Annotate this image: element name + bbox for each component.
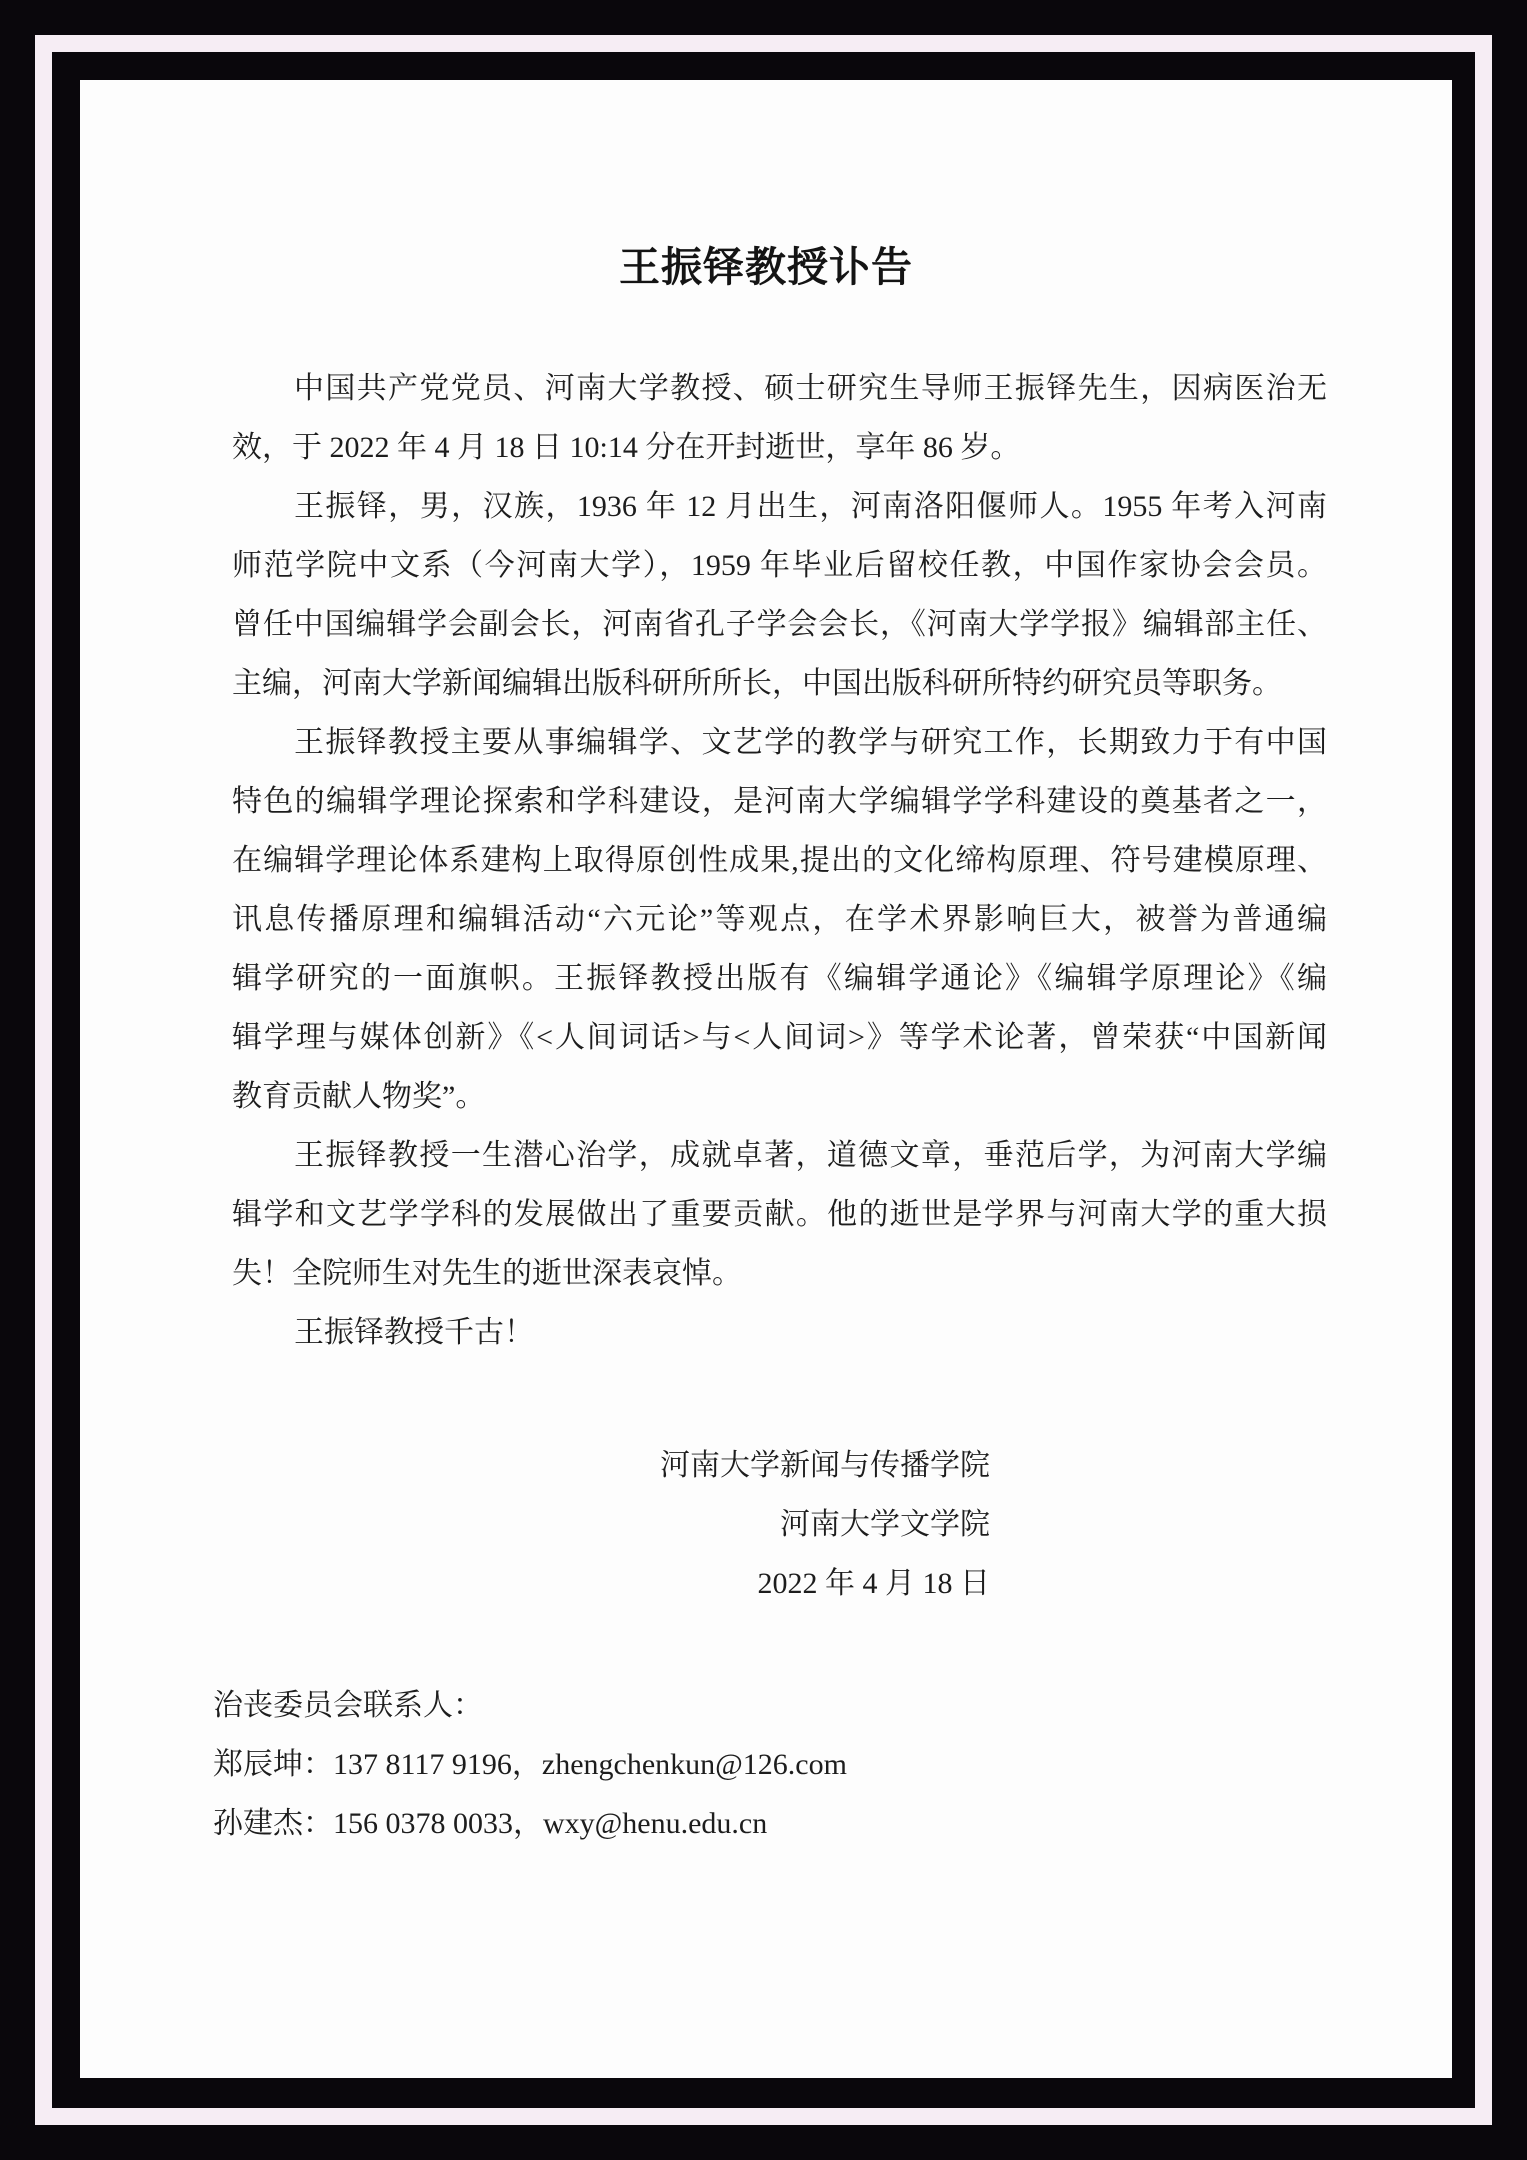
body-line: 王振铎教授一生潜心治学，成就卓著，道德文章，垂范后学，为河南大学编: [232, 1126, 1327, 1185]
body-line: 中国共产党党员、河南大学教授、硕士研究生导师王振铎先生，因病医治无: [232, 359, 1327, 418]
body-line: 辑学研究的一面旗帜。王振铎教授出版有《编辑学通论》《编辑学原理论》《编: [232, 949, 1327, 1008]
contact-heading: 治丧委员会联系人：: [213, 1676, 1453, 1735]
page: 王振铎教授讣告 中国共产党党员、河南大学教授、硕士研究生导师王振铎先生，因病医治…: [80, 80, 1452, 2078]
body-line: 失！全院师生对先生的逝世深表哀悼。: [232, 1244, 1327, 1303]
body-line: 王振铎教授千古！: [232, 1303, 1327, 1362]
body-line: 曾任中国编辑学会副会长，河南省孔子学会会长，《河南大学学报》编辑部主任、: [232, 595, 1327, 654]
contact-line: 孙建杰：156 0378 0033，wxy@henu.edu.cn: [213, 1794, 1453, 1853]
body-line: 王振铎，男，汉族，1936 年 12 月出生，河南洛阳偃师人。1955 年考入河…: [232, 477, 1327, 536]
contact-entries: 郑辰坤：137 8117 9196，zhengchenkun@126.com孙建…: [213, 1735, 1453, 1853]
obituary-body: 中国共产党党员、河南大学教授、硕士研究生导师王振铎先生，因病医治无效，于 202…: [232, 359, 1327, 1362]
body-line: 主编，河南大学新闻编辑出版科研所所长，中国出版科研所特约研究员等职务。: [232, 654, 1327, 713]
body-line: 辑学和文艺学学科的发展做出了重要贡献。他的逝世是学界与河南大学的重大损: [232, 1185, 1327, 1244]
body-line: 辑学理与媒体创新》《<人间词话>与<人间词>》等学术论著，曾荣获“中国新闻: [232, 1008, 1327, 1067]
body-line: 师范学院中文系（今河南大学），1959 年毕业后留校任教，中国作家协会会员。: [232, 536, 1327, 595]
signature-line: 河南大学新闻与传播学院: [232, 1436, 990, 1495]
body-line: 教育贡献人物奖”。: [232, 1067, 1327, 1126]
signature-line: 河南大学文学院: [232, 1495, 990, 1554]
body-line: 讯息传播原理和编辑活动“六元论”等观点，在学术界影响巨大，被誉为普通编: [232, 890, 1327, 949]
contact-block: 治丧委员会联系人： 郑辰坤：137 8117 9196，zhengchenkun…: [213, 1676, 1453, 1853]
body-line: 在编辑学理论体系建构上取得原创性成果,提出的文化缔构原理、符号建模原理、: [232, 831, 1327, 890]
contact-line: 郑辰坤：137 8117 9196，zhengchenkun@126.com: [213, 1735, 1453, 1794]
obituary-title: 王振铎教授讣告: [80, 243, 1452, 292]
body-line: 王振铎教授主要从事编辑学、文艺学的教学与研究工作，长期致力于有中国: [232, 713, 1327, 772]
body-line: 特色的编辑学理论探索和学科建设，是河南大学编辑学学科建设的奠基者之一，: [232, 772, 1327, 831]
outer-frame: 王振铎教授讣告 中国共产党党员、河南大学教授、硕士研究生导师王振铎先生，因病医治…: [0, 0, 1527, 2160]
body-line: 效，于 2022 年 4 月 18 日 10:14 分在开封逝世，享年 86 岁…: [232, 418, 1327, 477]
signature-line: 2022 年 4 月 18 日: [232, 1554, 990, 1613]
signature-block: 河南大学新闻与传播学院河南大学文学院2022 年 4 月 18 日: [232, 1436, 1327, 1613]
